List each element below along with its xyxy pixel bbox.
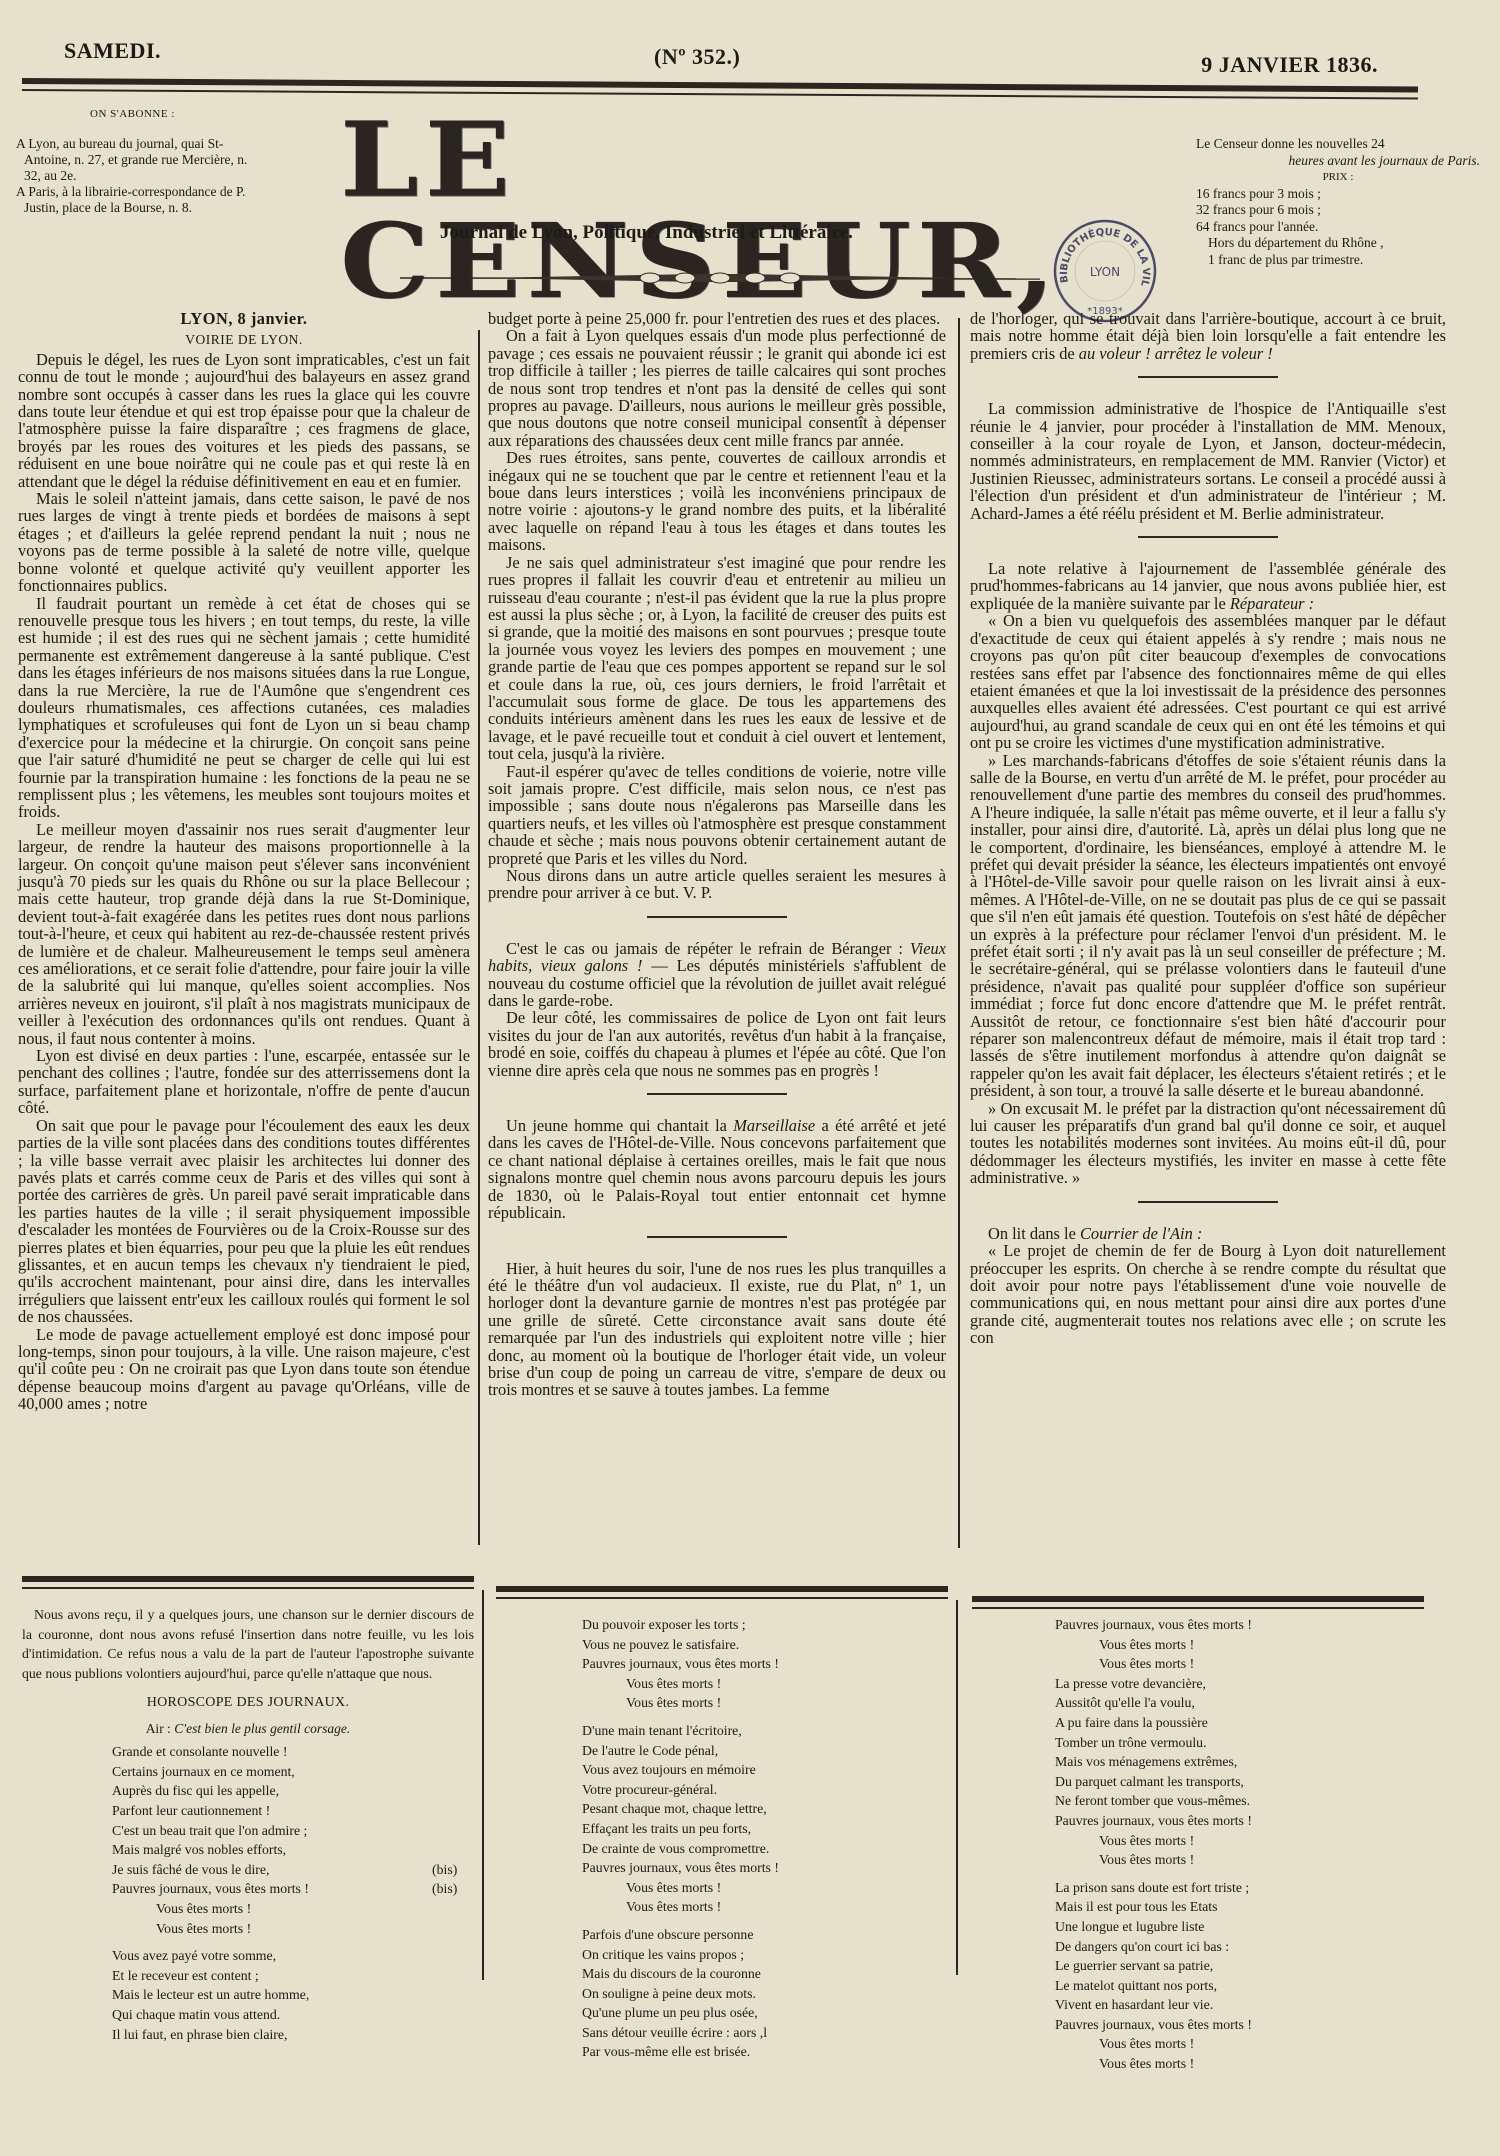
paragraph: budget porte à peine 25,000 fr. pour l'e… — [488, 310, 946, 327]
verse-line: Mais il est pour tous les Etats — [1055, 1897, 1395, 1917]
refrain-line: Vous êtes morts ! — [1055, 2054, 1395, 2074]
verse-line: Effaçant les traits un peu forts, — [582, 1819, 922, 1839]
verse-line: Du pouvoir exposer les torts ; — [582, 1615, 922, 1635]
source-name: Réparateur : — [1230, 594, 1314, 613]
refrain-line: Vous êtes morts ! — [112, 1919, 474, 1939]
verse-line: On critique les vains propos ; — [582, 1945, 922, 1965]
verse-line: Certains journaux en ce moment, — [112, 1762, 474, 1782]
air-label: Air : — [146, 1721, 171, 1736]
price-line2: heures avant les journaux de Paris. — [1196, 153, 1480, 170]
verse-line: Qu'une plume un peu plus osée, — [582, 2003, 922, 2023]
paragraph: « On a bien vu quelquefois des assemblée… — [970, 612, 1446, 751]
refrain-line: Vous êtes morts ! — [112, 1899, 474, 1919]
verse-line: Aussitôt qu'elle l'a voulu, — [1055, 1693, 1395, 1713]
paragraph: Le meilleur moyen d'assainir nos rues se… — [18, 821, 470, 1047]
refrain-line: Vous êtes morts ! — [582, 1674, 922, 1694]
verse-text: Pauvres journaux, vous êtes morts ! — [112, 1881, 309, 1896]
subscribe-lyon: A Lyon, au bureau du journal, quai St-An… — [14, 136, 254, 184]
paragraph: On lit dans le Courrier de l'Ain : — [970, 1225, 1446, 1242]
verse-line: Grande et consolante nouvelle ! — [112, 1742, 474, 1762]
feuilleton-intro: Nous avons reçu, il y a quelques jours, … — [22, 1605, 474, 1683]
separator — [1138, 1201, 1278, 1203]
price-note: Hors du département du Rhône , — [1196, 235, 1480, 252]
paragraph: Je ne sais quel administrateur s'est ima… — [488, 554, 946, 763]
refrain-line: Vous êtes morts ! — [582, 1693, 922, 1713]
air-name: C'est bien le plus gentil corsage. — [174, 1721, 350, 1736]
issue-date: 9 JANVIER 1836. — [1201, 52, 1378, 78]
verse-line: Parfont leur cautionnement ! — [112, 1801, 474, 1821]
verse-line: C'est un beau trait que l'on admire ; — [112, 1821, 474, 1841]
text: La note relative à l'ajournement de l'as… — [970, 559, 1446, 613]
paragraph: Mais le soleil n'atteint jamais, dans ce… — [18, 490, 470, 594]
verse-line: Mais vos ménagemens extrêmes, — [1055, 1752, 1395, 1772]
verse-line: Sans détour veuille écrire : aors ,l — [582, 2023, 922, 2043]
verse-line: Il lui faut, en phrase bien claire, — [112, 2025, 474, 2045]
price-item: 16 francs pour 3 mois ; — [1196, 186, 1480, 203]
stamp-center: LYON — [1090, 265, 1120, 279]
song-air: Air : C'est bien le plus gentil corsage. — [22, 1719, 474, 1739]
verse-line: De dangers qu'on court ici bas : — [1055, 1937, 1395, 1957]
paragraph: Depuis le dégel, les rues de Lyon sont i… — [18, 351, 470, 490]
dateline: SAMEDI. (Nº 352.) 9 JANVIER 1836. — [0, 34, 1500, 74]
paragraph: Le mode de pavage actuellement employé e… — [18, 1326, 470, 1413]
masthead-top-rule — [22, 78, 1418, 93]
verse-line: Mais malgré vos nobles efforts, — [112, 1840, 474, 1860]
verse-line: Mais du discours de la couronne — [582, 1964, 922, 1984]
verse-line: Vous avez toujours en mémoire — [582, 1760, 922, 1780]
column-divider — [482, 1590, 484, 1980]
verse-line: Par vous-même elle est brisée. — [582, 2042, 922, 2062]
verse-line: Votre procureur-général. — [582, 1780, 922, 1800]
issue-number: (Nº 352.) — [654, 44, 740, 70]
feuilleton-rule — [972, 1596, 1424, 1602]
verse-line: Ne feront tomber que vous-mêmes. — [1055, 1791, 1395, 1811]
paragraph: Lyon est divisé en deux parties : l'une,… — [18, 1047, 470, 1117]
verse-line: Pauvres journaux, vous êtes morts ! — [582, 1858, 922, 1878]
separator — [647, 1236, 787, 1238]
refrain-line: Vous êtes morts ! — [582, 1878, 922, 1898]
verse-line: La prison sans doute est fort triste ; — [1055, 1878, 1395, 1898]
verse-line: Une longue et lugubre liste — [1055, 1917, 1395, 1937]
feuilleton-rule — [496, 1586, 948, 1592]
subscribe-paris: A Paris, à la librairie-correspondance d… — [14, 184, 254, 216]
text: C'est le cas ou jamais de répéter le ref… — [506, 939, 903, 958]
text: On lit dans le — [988, 1224, 1076, 1243]
newspaper-page: SAMEDI. (Nº 352.) 9 JANVIER 1836. ON S'A… — [0, 0, 1500, 2156]
subscription-info: ON S'ABONNE : A Lyon, au bureau du journ… — [14, 106, 254, 216]
feuilleton-column-1: Nous avons reçu, il y a quelques jours, … — [22, 1605, 474, 2044]
bis-marker: (bis) — [432, 1879, 457, 1899]
verse-line: On souligne à peine deux mots. — [582, 1984, 922, 2004]
verse-line: Le matelot quittant nos ports, — [1055, 1976, 1395, 1996]
paragraph: C'est le cas ou jamais de répéter le ref… — [488, 940, 946, 1010]
column-divider — [478, 330, 480, 1545]
separator — [1138, 376, 1278, 378]
quote: au voleur ! arrêtez le voleur ! — [1079, 344, 1273, 363]
paragraph: On a fait à Lyon quelques essais d'un mo… — [488, 327, 946, 449]
verse-line: Pesant chaque mot, chaque lettre, — [582, 1799, 922, 1819]
paragraph: « Le projet de chemin de fer de Bourg à … — [970, 1242, 1446, 1346]
price-note: 1 franc de plus par trimestre. — [1196, 252, 1480, 269]
verse-line: Pauvres journaux, vous êtes morts ! — [1055, 2015, 1395, 2035]
separator — [1138, 536, 1278, 538]
verse-text: Je suis fâché de vous le dire, — [112, 1862, 269, 1877]
verse-line: Et le receveur est content ; — [112, 1966, 474, 1986]
verse-line: Vous avez payé votre somme, — [112, 1946, 474, 1966]
column-3: de l'horloger, qui se trouvait dans l'ar… — [970, 310, 1446, 1347]
verse-line: Pauvres journaux, vous êtes morts ! — [1055, 1615, 1395, 1635]
verse-line: De crainte de vous compromettre. — [582, 1839, 922, 1859]
paragraph: Un jeune homme qui chantait la Marseilla… — [488, 1117, 946, 1221]
paragraph: De leur côté, les commissaires de police… — [488, 1009, 946, 1079]
separator — [647, 1093, 787, 1095]
verse-line: La presse votre devancière, — [1055, 1674, 1395, 1694]
verse-line: Vous ne pouvez le satisfaire. — [582, 1635, 922, 1655]
verse-line: D'une main tenant l'écritoire, — [582, 1721, 922, 1741]
stanza: Grande et consolante nouvelle ! Certains… — [22, 1742, 474, 2044]
column-divider — [958, 318, 960, 1548]
verse-line: Auprès du fisc qui les appelle, — [112, 1781, 474, 1801]
refrain-line: Vous êtes morts ! — [1055, 1850, 1395, 1870]
source-name: Courrier de l'Ain : — [1080, 1224, 1202, 1243]
price-item: 32 francs pour 6 mois ; — [1196, 202, 1480, 219]
verse-line: Pauvres journaux, vous êtes morts ! — [582, 1654, 922, 1674]
feuilleton-column-3: Pauvres journaux, vous êtes morts ! Vous… — [1055, 1615, 1395, 2074]
price-label: PRIX : — [1196, 169, 1480, 186]
song-name: Marseillaise — [733, 1116, 815, 1135]
article-dateline: LYON, 8 janvier. — [18, 310, 470, 327]
paragraph: » On excusait M. le préfet par la distra… — [970, 1100, 1446, 1187]
ornamental-rule-icon — [400, 270, 1040, 286]
feuilleton-column-2: Du pouvoir exposer les torts ; Vous ne p… — [582, 1615, 922, 2062]
verse-line: Parfois d'une obscure personne — [582, 1925, 922, 1945]
price-line1: Le Censeur donne les nouvelles 24 — [1196, 136, 1480, 153]
separator — [647, 916, 787, 918]
weekday: SAMEDI. — [64, 38, 161, 64]
column-2: budget porte à peine 25,000 fr. pour l'e… — [488, 310, 946, 1399]
refrain-line: Vous êtes morts ! — [1055, 2034, 1395, 2054]
column-divider — [956, 1600, 958, 1975]
verse-line: Mais le lecteur est un autre homme, — [112, 1985, 474, 2005]
paragraph: Hier, à huit heures du soir, l'une de no… — [488, 1260, 946, 1399]
paragraph: de l'horloger, qui se trouvait dans l'ar… — [970, 310, 1446, 362]
paragraph: Des rues étroites, sans pente, couvertes… — [488, 449, 946, 553]
paragraph: La note relative à l'ajournement de l'as… — [970, 560, 1446, 612]
price-info: Le Censeur donne les nouvelles 24 heures… — [1196, 136, 1480, 268]
article-heading: VOIRIE DE LYON. — [18, 331, 470, 348]
verse-line: Tomber un trône vermoulu. — [1055, 1733, 1395, 1753]
verse-line: Je suis fâché de vous le dire,(bis) — [112, 1860, 474, 1880]
song-title: HOROSCOPE DES JOURNAUX. — [22, 1693, 474, 1713]
paragraph: La commission administrative de l'hospic… — [970, 400, 1446, 522]
column-1: LYON, 8 janvier. VOIRIE DE LYON. Depuis … — [18, 310, 470, 1413]
refrain-line: Vous êtes morts ! — [1055, 1635, 1395, 1655]
paragraph: » Les marchands-fabricans d'étoffes de s… — [970, 752, 1446, 1100]
paragraph: On sait que pour le pavage pour l'écoule… — [18, 1117, 470, 1326]
verse-line: Vivent en hasardant leur vie. — [1055, 1995, 1395, 2015]
stanza: Du pouvoir exposer les torts ; Vous ne p… — [582, 1615, 922, 2062]
price-item: 64 francs pour l'année. — [1196, 219, 1480, 236]
paragraph: Nous dirons dans un autre article quelle… — [488, 867, 946, 902]
stanza: Pauvres journaux, vous êtes morts ! Vous… — [1055, 1615, 1395, 2074]
bis-marker: (bis) — [432, 1860, 457, 1880]
refrain-line: Vous êtes morts ! — [1055, 1654, 1395, 1674]
subscribe-heading: ON S'ABONNE : — [14, 106, 254, 122]
verse-line: Du parquet calmant les transports, — [1055, 1772, 1395, 1792]
verse-line: Pauvres journaux, vous êtes morts ! — [1055, 1811, 1395, 1831]
verse-line: Pauvres journaux, vous êtes morts !(bis) — [112, 1879, 474, 1899]
refrain-line: Vous êtes morts ! — [1055, 1831, 1395, 1851]
paragraph: Il faudrait pourtant un remède à cet éta… — [18, 595, 470, 821]
text: Un jeune homme qui chantait la — [506, 1116, 727, 1135]
paragraph: Faut-il espérer qu'avec de telles condit… — [488, 763, 946, 867]
feuilleton-rule — [22, 1576, 474, 1582]
verse-line: De l'autre le Code pénal, — [582, 1741, 922, 1761]
refrain-line: Vous êtes morts ! — [582, 1897, 922, 1917]
verse-line: Qui chaque matin vous attend. — [112, 2005, 474, 2025]
verse-line: Le guerrier servant sa patrie, — [1055, 1956, 1395, 1976]
verse-line: A pu faire dans la poussière — [1055, 1713, 1395, 1733]
newspaper-subtitle: Journal de Lyon, Politique, Industriel e… — [440, 222, 1040, 244]
